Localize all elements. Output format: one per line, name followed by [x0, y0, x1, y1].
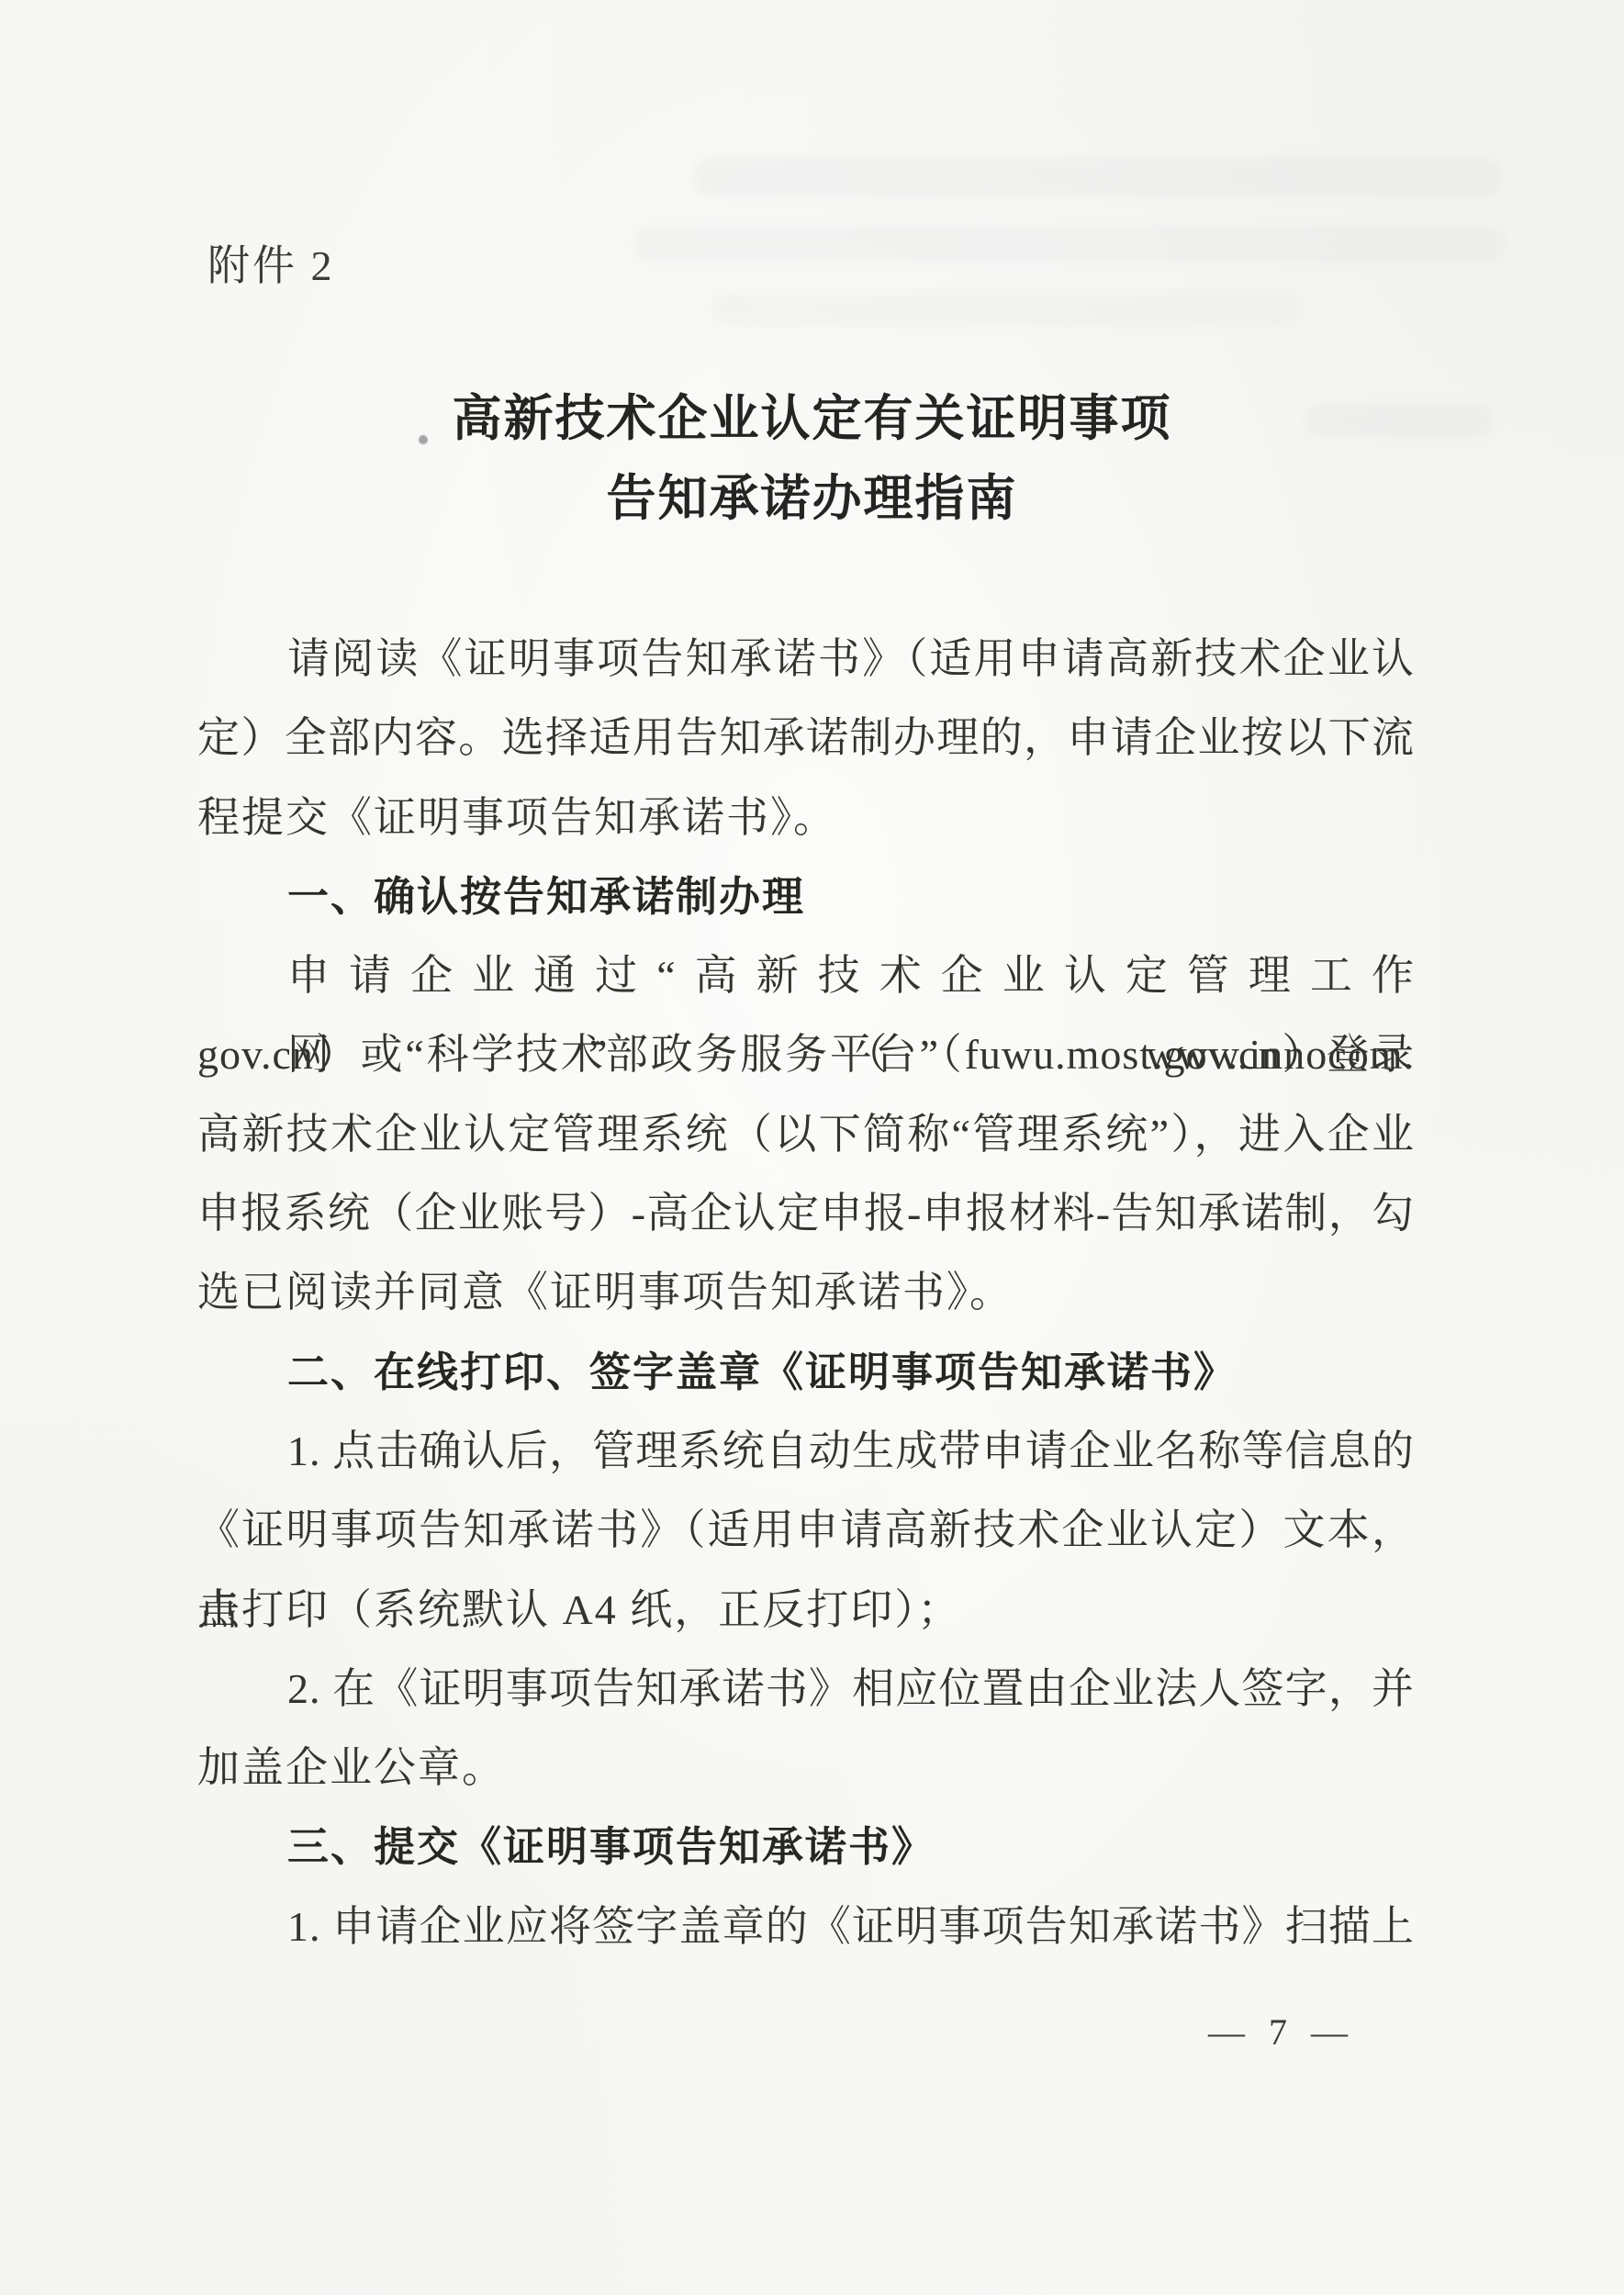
scanned-document-page: 附件 2 高新技术企业认定有关证明事项 告知承诺办理指南 请阅读《证明事项告知承…	[0, 0, 1624, 2295]
page-number: — 7 —	[1208, 2010, 1355, 2054]
body-line: 程提交《证明事项告知承诺书》。	[197, 778, 1415, 857]
bleed-through-artifact	[633, 226, 1506, 263]
section-heading-2: 二、在线打印、签字盖章《证明事项告知承诺书》	[197, 1333, 1415, 1412]
document-title-line-2: 告知承诺办理指南	[0, 469, 1624, 528]
body-line: 定）全部内容。选择适用告知承诺制办理的，申请企业按以下流	[197, 699, 1415, 778]
attachment-label: 附件 2	[207, 241, 335, 292]
document-title-line-1: 高新技术企业认定有关证明事项	[0, 389, 1624, 448]
document-body: 请阅读《证明事项告知承诺书》（适用申请高新技术企业认 定）全部内容。选择适用告知…	[197, 620, 1415, 1966]
body-line: 选已阅读并同意《证明事项告知承诺书》。	[197, 1253, 1415, 1332]
body-line: 《证明事项告知承诺书》（适用申请高新技术企业认定）文本，点	[197, 1491, 1415, 1570]
body-line: 击打印（系统默认 A4 纸，正反打印）；	[197, 1571, 1415, 1650]
body-line: 1. 点击确认后，管理系统自动生成带申请企业名称等信息的	[197, 1412, 1415, 1491]
section-heading-1: 一、确认按告知承诺制办理	[197, 857, 1415, 936]
body-line: 申请企业通过“高新技术企业认定管理工作网”（www.innocom.	[197, 936, 1415, 1015]
body-line: gov.cn）或“科学技术部政务服务平台”（fuwu.most.gov.cn）登…	[197, 1015, 1415, 1094]
bleed-through-artifact	[693, 158, 1501, 196]
body-line: 高新技术企业认定管理系统（以下简称“管理系统”），进入企业	[197, 1095, 1415, 1174]
body-line: 1. 申请企业应将签字盖章的《证明事项告知承诺书》扫描上	[197, 1887, 1415, 1966]
body-line: 申报系统（企业账号）-高企认定申报-申报材料-告知承诺制，勾	[197, 1174, 1415, 1253]
section-heading-3: 三、提交《证明事项告知承诺书》	[197, 1808, 1415, 1886]
body-line: 2. 在《证明事项告知承诺书》相应位置由企业法人签字，并	[197, 1650, 1415, 1729]
bleed-through-artifact	[711, 292, 1299, 327]
body-line: 请阅读《证明事项告知承诺书》（适用申请高新技术企业认	[197, 620, 1415, 699]
body-line: 加盖企业公章。	[197, 1729, 1415, 1808]
